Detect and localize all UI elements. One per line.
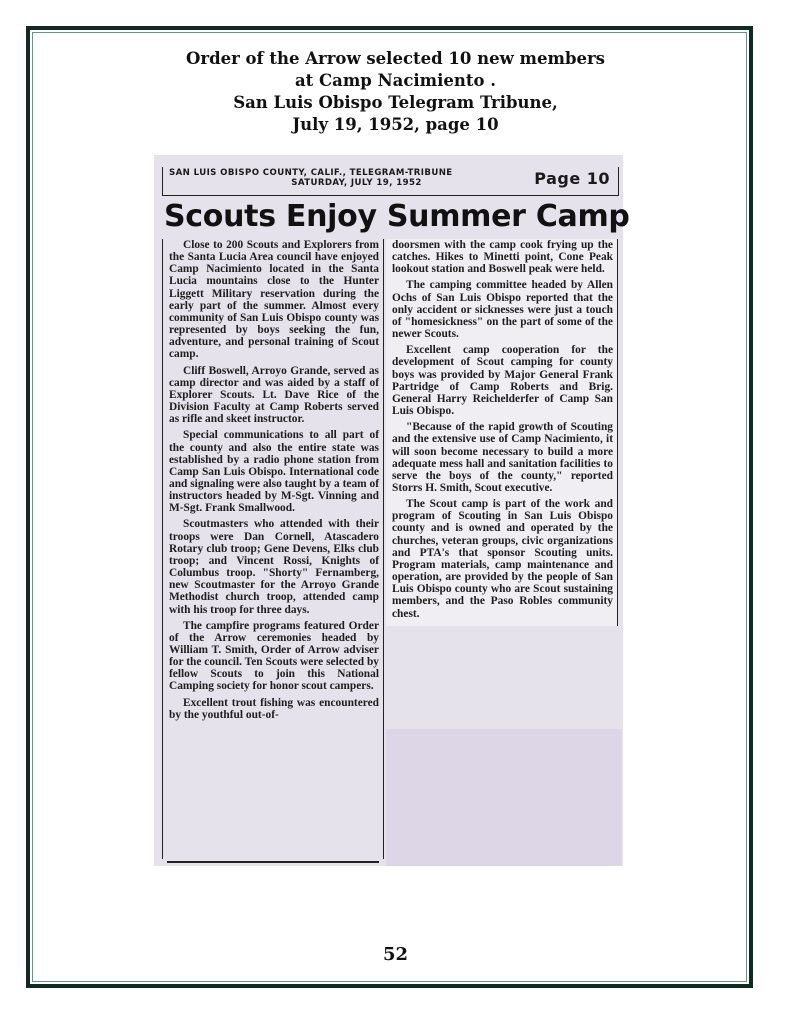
article-paragraph: Special communications to all part of th… <box>169 429 379 514</box>
caption-line: at Camp Nacimiento . <box>0 70 791 92</box>
masthead-line-2: SATURDAY, JULY 19, 1952 <box>169 178 544 188</box>
article-headline: Scouts Enjoy Summer Camp <box>164 199 619 234</box>
page-caption: Order of the Arrow selected 10 new membe… <box>0 48 791 136</box>
article-paragraph: The camping committee headed by Allen Oc… <box>392 279 613 340</box>
newspaper-masthead: SAN LUIS OBISPO COUNTY, CALIF., TELEGRAM… <box>169 168 544 188</box>
article-column-right: doorsmen with the camp cook frying up th… <box>386 239 618 626</box>
clipping-blank-area <box>386 729 622 866</box>
caption-line: July 19, 1952, page 10 <box>0 114 791 136</box>
newspaper-page-label: Page 10 <box>534 169 610 188</box>
caption-line: San Luis Obispo Telegram Tribune, <box>0 92 791 114</box>
masthead-line-1: SAN LUIS OBISPO COUNTY, CALIF., TELEGRAM… <box>169 168 544 178</box>
article-paragraph: Excellent camp cooperation for the devel… <box>392 344 613 417</box>
article-paragraph: Close to 200 Scouts and Explorers from t… <box>169 239 379 361</box>
article-paragraph: The campfire programs featured Order of … <box>169 620 379 693</box>
column-end-rule <box>167 861 379 863</box>
caption-line: Order of the Arrow selected 10 new membe… <box>0 48 791 70</box>
article-paragraph: "Because of the rapid growth of Scouting… <box>392 421 613 494</box>
article-paragraph-continuation: doorsmen with the camp cook frying up th… <box>392 239 613 275</box>
page-number: 52 <box>0 944 791 965</box>
article-paragraph: Excellent trout fishing was encountered … <box>169 697 379 721</box>
article-paragraph: Cliff Boswell, Arroyo Grande, served as … <box>169 365 379 426</box>
article-paragraph: The Scout camp is part of the work and p… <box>392 498 613 620</box>
article-paragraph: Scoutmasters who attended with their tro… <box>169 518 379 615</box>
newspaper-masthead-box: SAN LUIS OBISPO COUNTY, CALIF., TELEGRAM… <box>162 167 619 196</box>
article-column-left: Close to 200 Scouts and Explorers from t… <box>162 239 384 859</box>
newspaper-clipping: SAN LUIS OBISPO COUNTY, CALIF., TELEGRAM… <box>154 155 623 866</box>
